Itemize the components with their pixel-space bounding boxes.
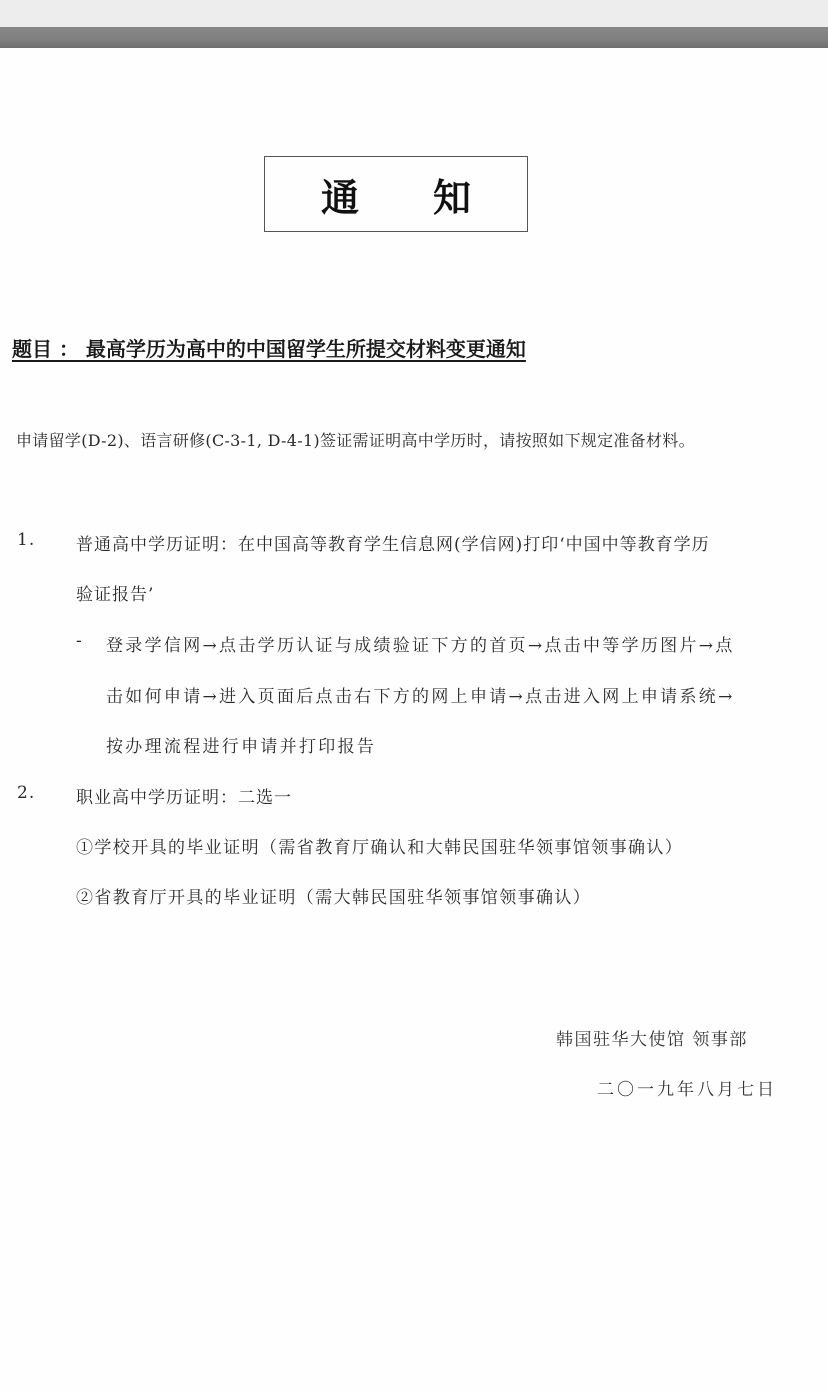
- item-1-number: 1.: [17, 530, 35, 550]
- item-2-line-1: 职业高中学历证明：二选一: [76, 783, 292, 808]
- item-2-option-2: ②省教育厅开具的毕业证明（需大韩民国驻华领事馆领事确认）: [76, 883, 591, 908]
- issue-date: 二〇一九年八月七日: [597, 1075, 777, 1100]
- issuer-name: 韩国驻华大使馆 领事部: [556, 1025, 748, 1050]
- item-1-sub-line-3: 按办理流程进行申请并打印报告: [106, 732, 376, 757]
- notice-title: 通知: [321, 167, 545, 222]
- item-2-number: 2.: [17, 783, 35, 803]
- document-page: [0, 48, 828, 1392]
- intro-paragraph: 申请留学(D-2)、语言研修(C-3-1, D-4-1)签证需证明高中学历时，请…: [16, 428, 695, 451]
- item-2-option-1: ①学校开具的毕业证明（需省教育厅确认和大韩民国驻华领事馆领事确认）: [76, 833, 683, 858]
- item-1-sub-line-2: 击如何申请→进入页面后点击右下方的网上申请→点击进入网上申请系统→: [106, 682, 735, 707]
- notice-title-box: 通知: [264, 156, 528, 232]
- subject-heading: 题目 ： 最高学历为高中的中国留学生所提交材料变更通知: [12, 333, 526, 362]
- item-1-line-1: 普通高中学历证明：在中国高等教育学生信息网(学信网)打印‘中国中等教育学历: [76, 530, 710, 555]
- toolbar-bar: [0, 27, 828, 48]
- item-1-sub-line-1: 登录学信网→点击学历认证与成绩验证下方的首页→点击中等学历图片→点: [106, 631, 735, 656]
- item-1-line-2: 验证报告’: [76, 580, 154, 605]
- item-1-sub-bullet: -: [76, 631, 83, 651]
- top-status-strip: [0, 0, 828, 27]
